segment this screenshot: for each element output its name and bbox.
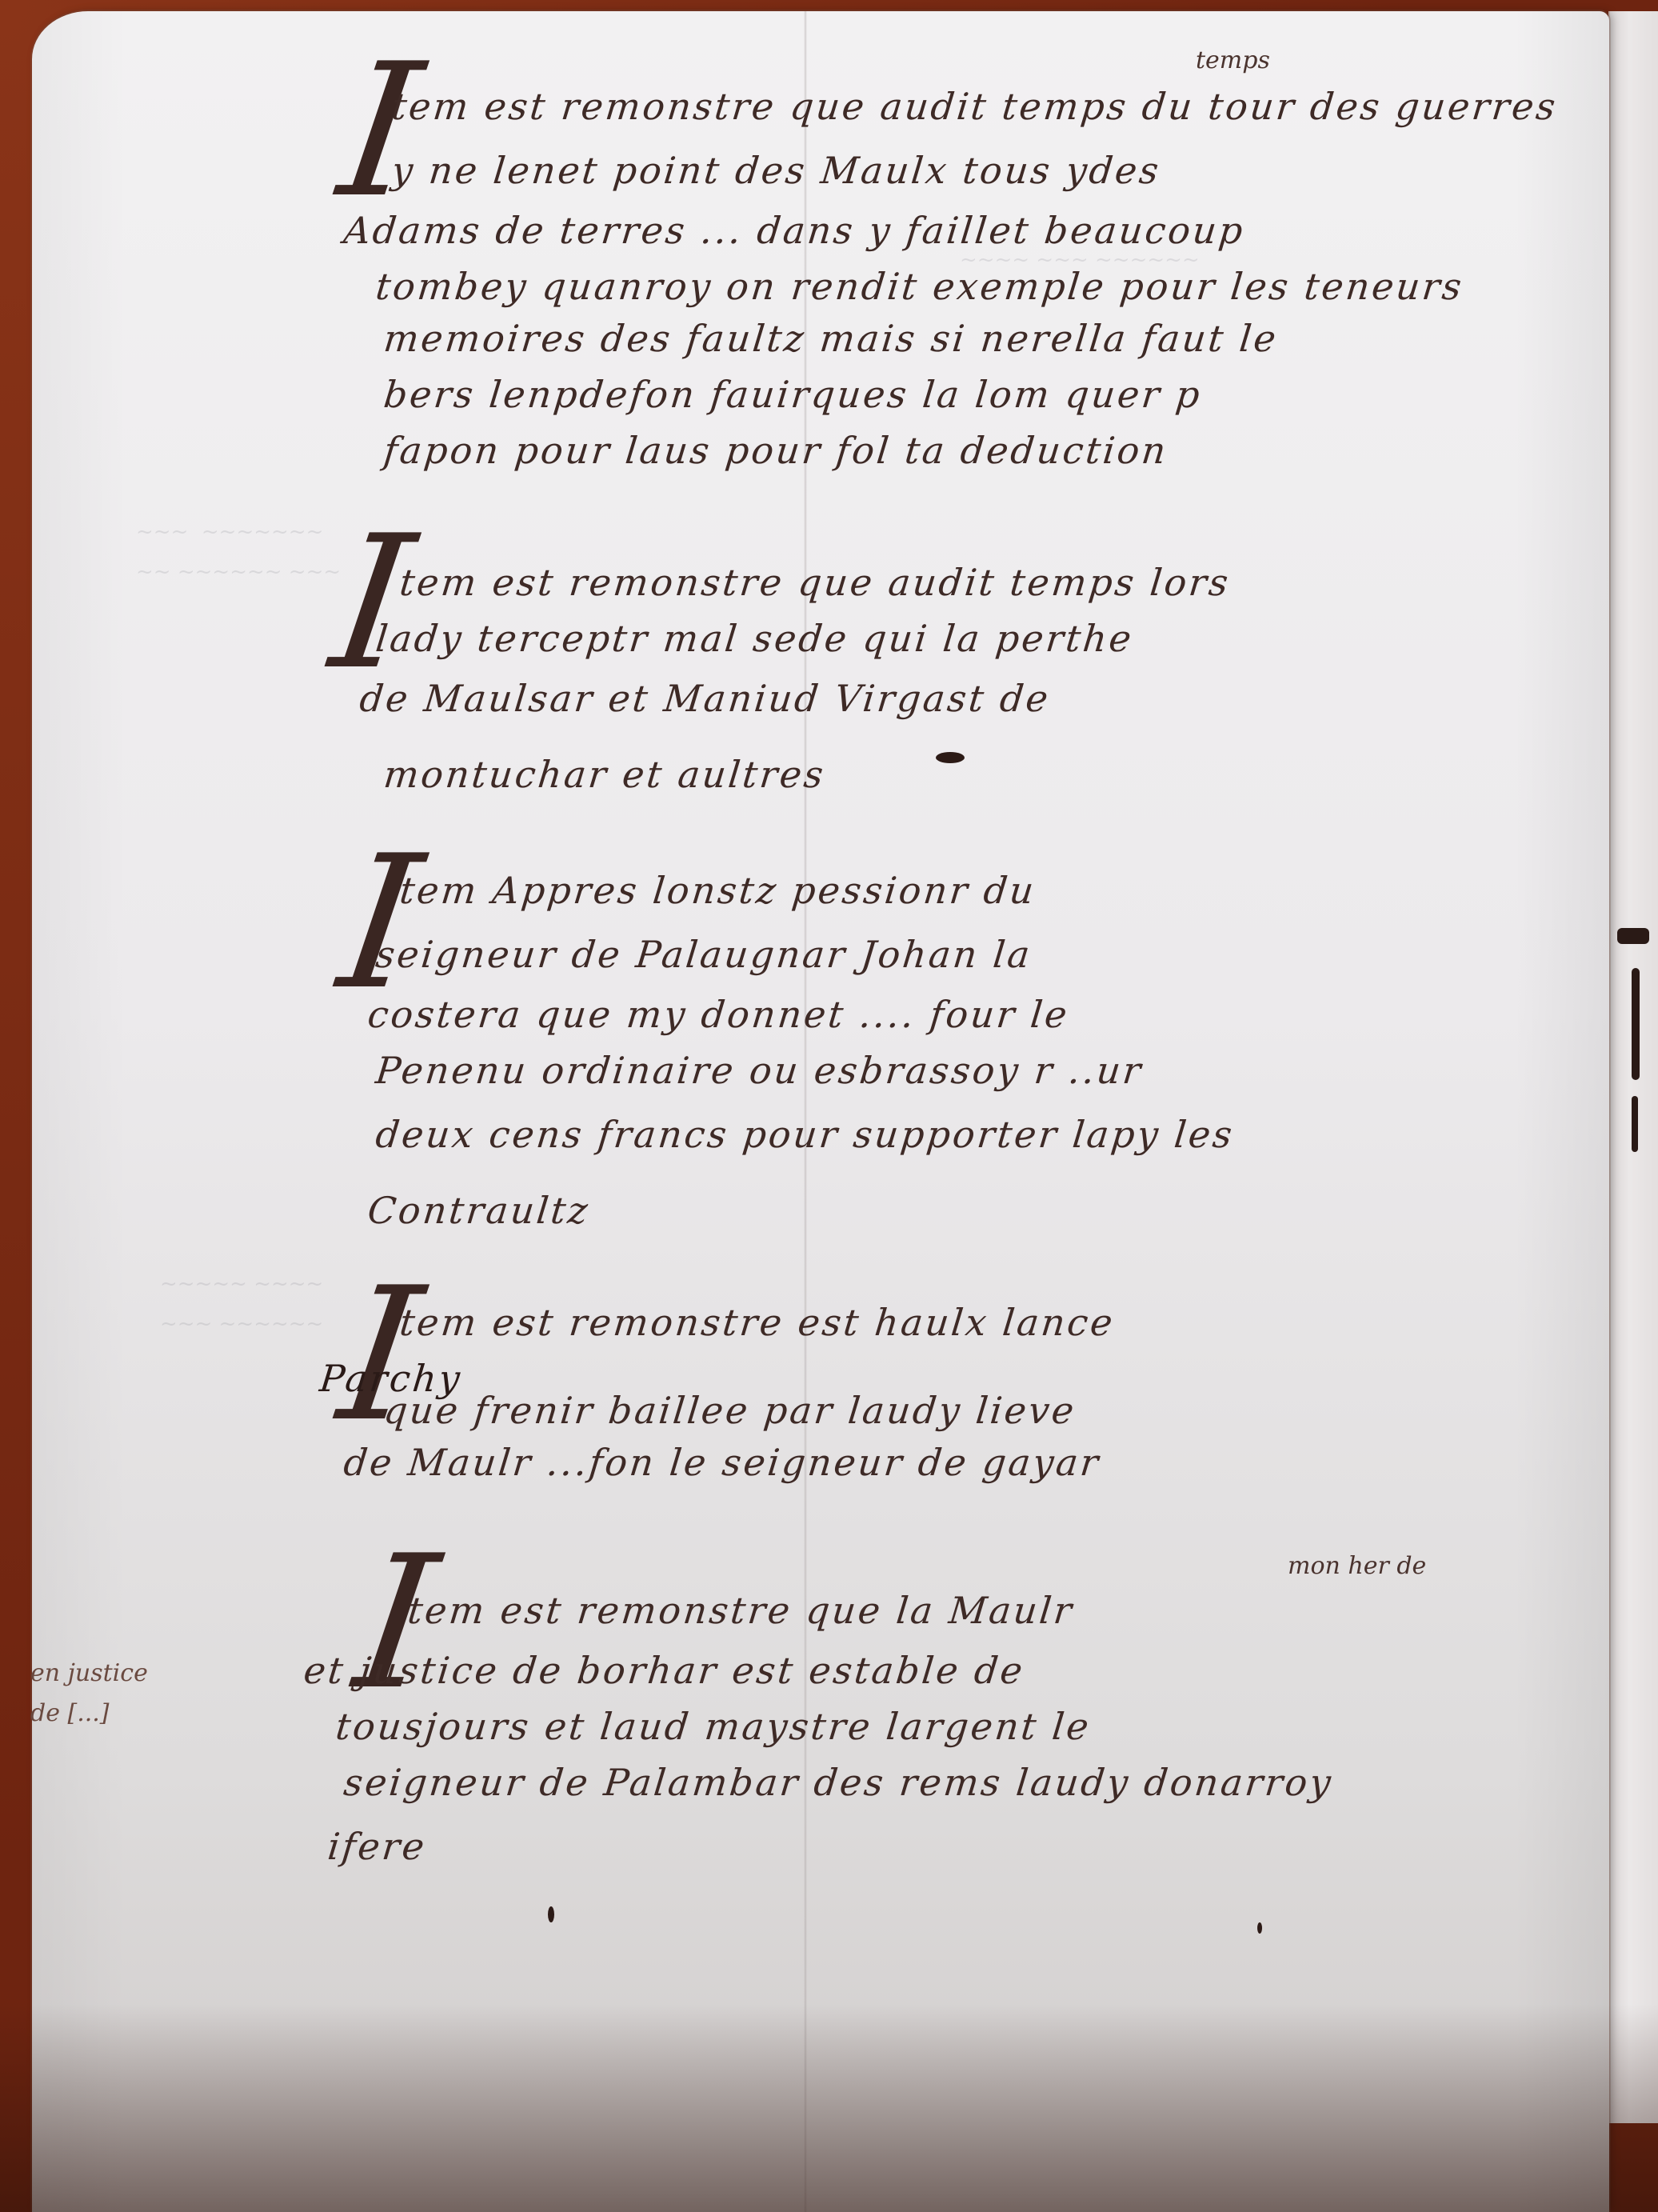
text-line: fapon pour laus pour fol ta deduction [382,432,1170,469]
text-line: Penenu ordinaire ou esbrassoy r ..ur [374,1052,1145,1089]
text-line: bers lenpdefon fauirques la lom quer p [382,376,1204,413]
margin-note-line: en justice [30,1656,148,1691]
binding-thread [1632,1096,1638,1152]
binding-thread [1632,968,1640,1080]
text-line: de Maulr ...fon le seigneur de gayar [342,1444,1103,1481]
text-line: costera que my donnet .... four le [366,996,1072,1033]
text-line: tem est remonstre que audit temps lors [398,564,1233,601]
text-line: y ne lenet point des Maulx tous ydes [390,152,1163,189]
text-line: tousjours et laud maystre largent le [334,1708,1093,1745]
text-line: et justice de borhar est estable de [302,1652,1027,1689]
text-line: seigneur de Palaugnar Johan la [374,936,1034,973]
text-line: lady terceptr mal sede qui la perthe [374,620,1136,657]
text-line: Contraultz [366,1192,592,1229]
ink-blot [936,752,965,763]
text-line: que frenir baillee par laudy lieve [382,1392,1078,1429]
bottom-shadow [0,2004,1658,2212]
ink-spot [548,1906,554,1922]
ink-spot [1257,1922,1262,1934]
text-line: seigneur de Palambar des rems laudy dona… [342,1764,1335,1801]
text-line: Adams de terres ... dans y faillet beauc… [342,212,1247,249]
text-line: tem Appres lonstz pessionr du [398,872,1038,909]
bleed-through-text: ~~~ ~~~~~~~ ~~ ~~~~~~ ~~~ [136,512,341,592]
text-line: memoires des faultz mais si nerella faut… [382,320,1280,357]
text-line: ifere [326,1828,429,1865]
bleed-through-text: ~~~~~ ~~~~ ~~~ ~~~~~~ [160,1264,323,1344]
text-line: de Maulsar et Maniud Virgast de [358,680,1053,717]
text-line: tem est remonstre que audit temps du tou… [390,88,1560,125]
margin-note-line: de [...] [30,1696,110,1731]
text-line: montuchar et aultres [382,756,828,793]
text-line: tombey quanroy on rendit exemple pour le… [374,268,1466,305]
binding-thread [1617,928,1649,944]
text-line: deux cens francs pour supporter lapy les [374,1116,1237,1153]
text-line: tem est remonstre que la Maulr [406,1592,1076,1629]
text-line: tem est remonstre est haulx lance [398,1304,1117,1341]
interlinear-insertion: mon her de [1288,1552,1426,1580]
interlinear-insertion: temps [1196,46,1270,74]
